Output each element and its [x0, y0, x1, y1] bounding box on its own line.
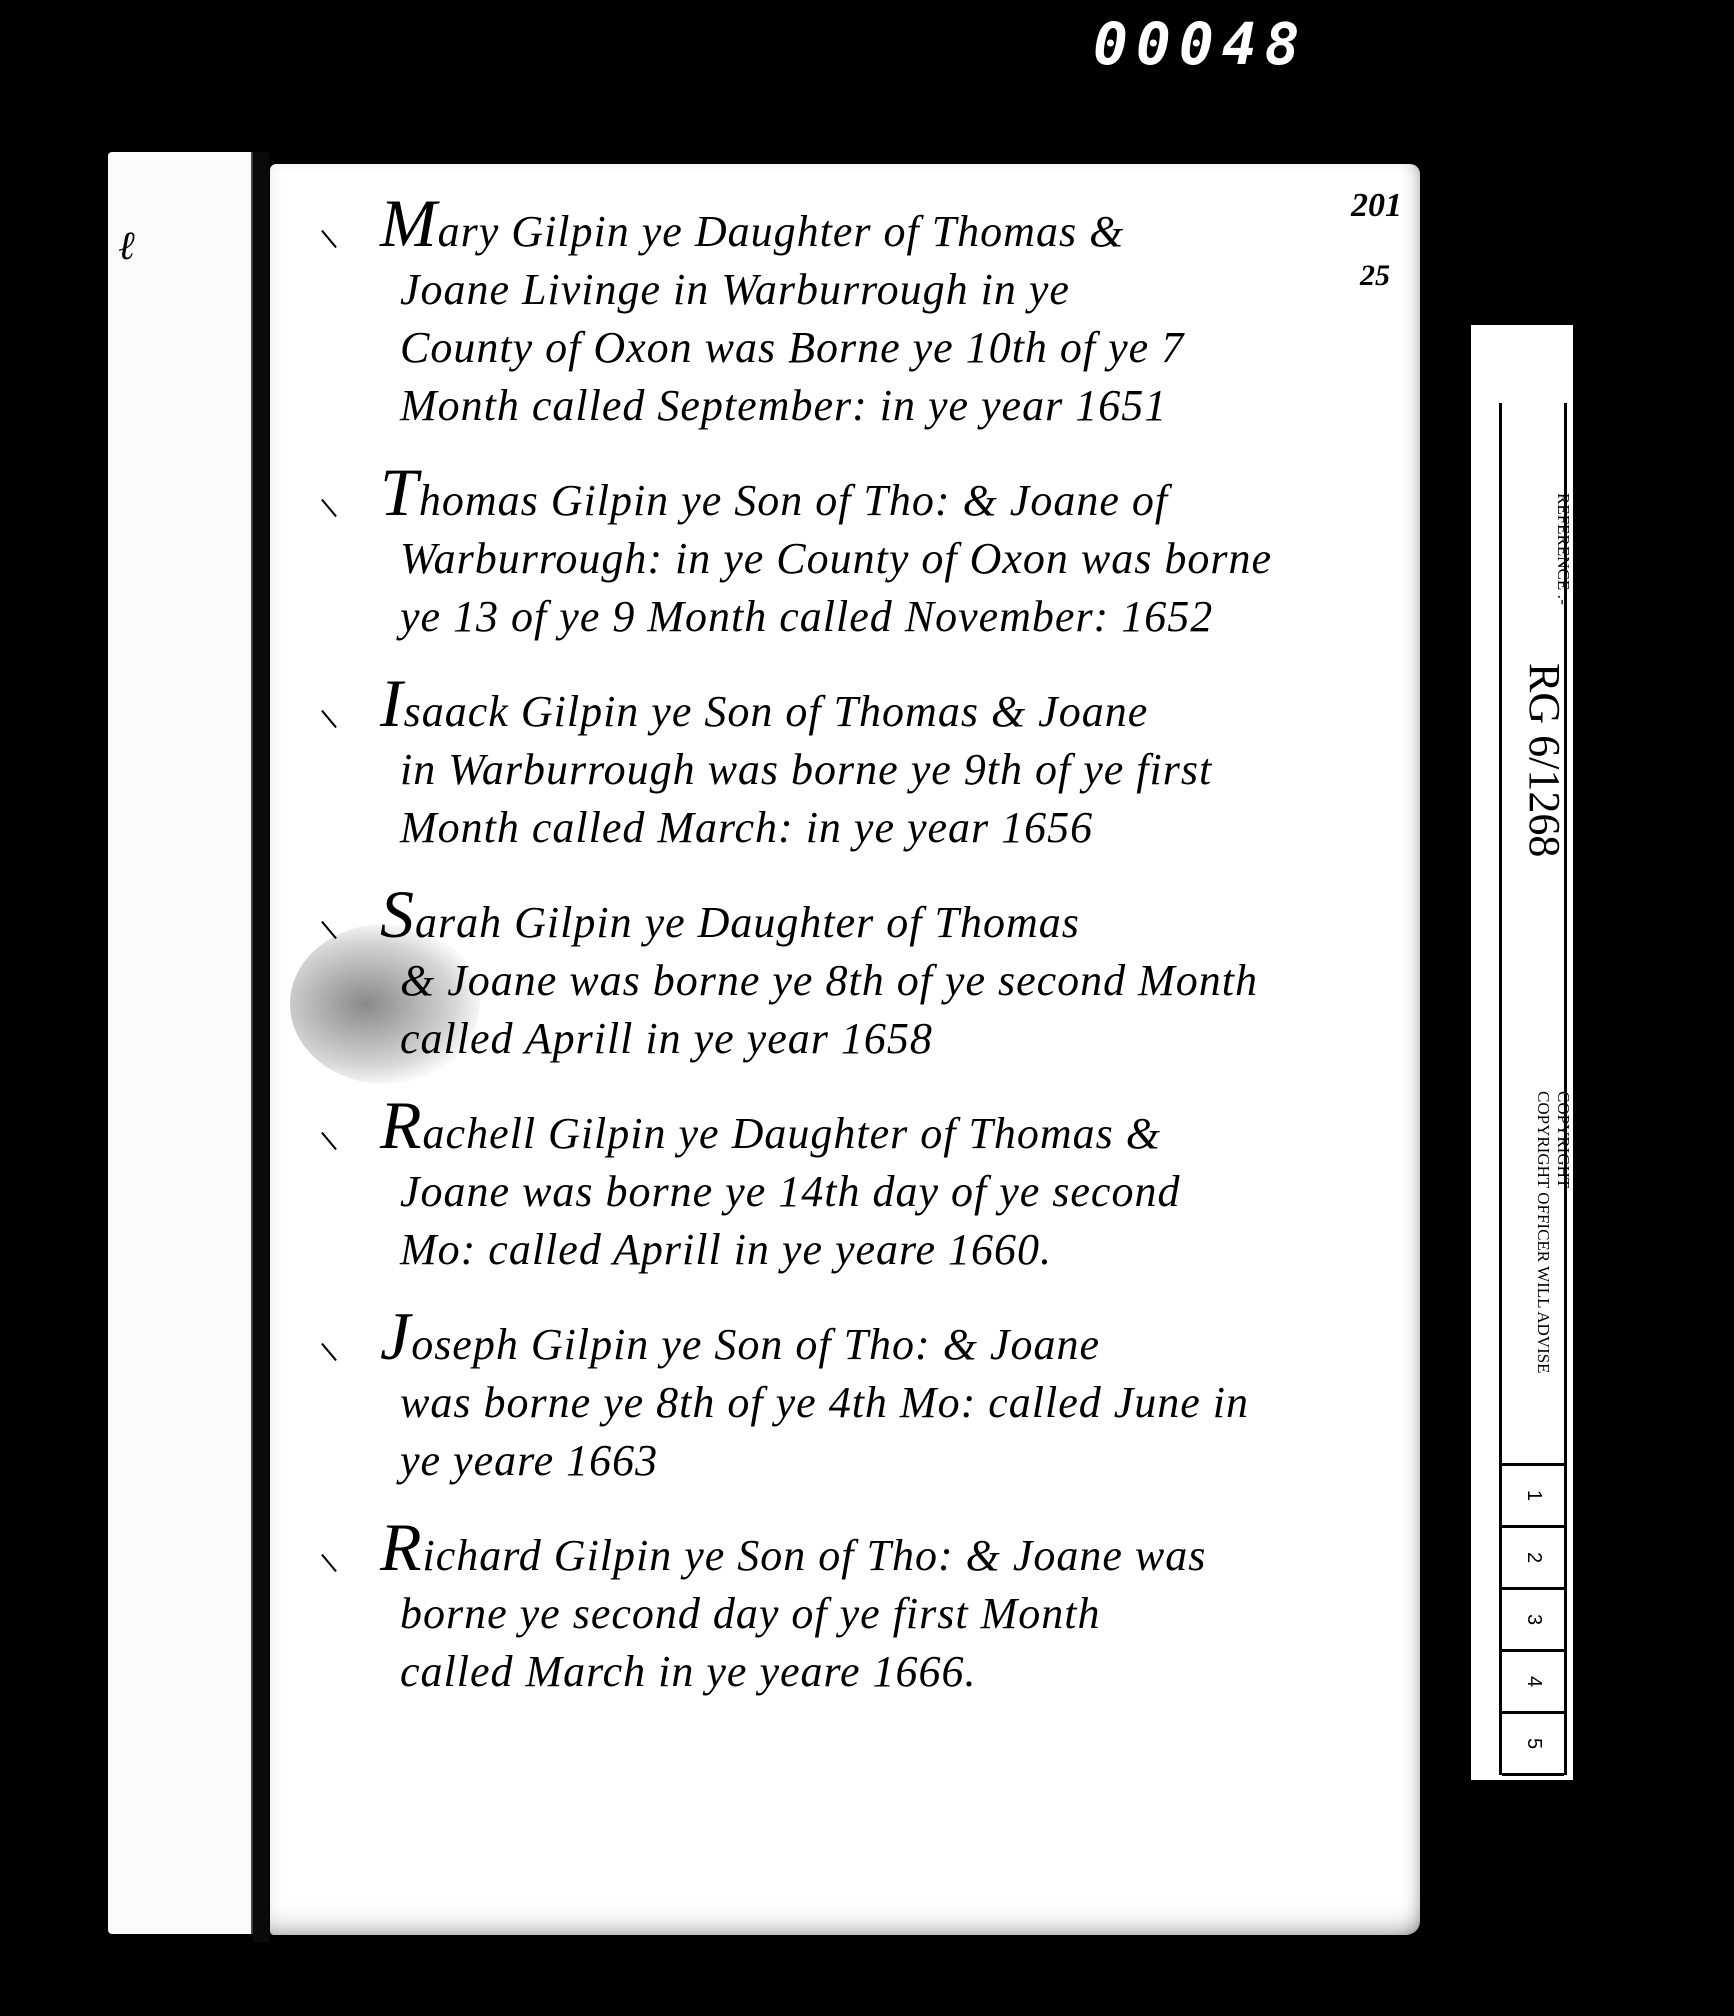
scale-mark: 6 — [1522, 1800, 1545, 1811]
entry-line: Joseph Gilpin ye Son of Tho: & Joane — [380, 1307, 1340, 1374]
entry-line: in Warburrough was borne ye 9th of ye fi… — [380, 741, 1340, 799]
register-entry: Thomas Gilpin ye Son of Tho: & Joane of … — [380, 463, 1340, 646]
entry-line: Sarah Gilpin ye Daughter of Thomas — [380, 885, 1340, 952]
scale-cell: 6 — [1502, 1773, 1564, 1835]
entry-line: County of Oxon was Borne ye 10th of ye 7 — [380, 319, 1340, 377]
entry-line: Mo: called Aprill in ye yeare 1660. — [380, 1221, 1340, 1279]
entry-line: called Aprill in ye year 1658 — [380, 1010, 1340, 1068]
entry-tick-mark — [321, 230, 337, 248]
frame-counter: 00048 — [1093, 14, 1333, 74]
copyright-line-3: COPYRIGHT OFFICER WILL ADVISE — [1533, 1091, 1553, 1374]
register-entry: Isaack Gilpin ye Son of Thomas & Joane i… — [380, 674, 1340, 857]
entry-line: called March in ye yeare 1666. — [380, 1643, 1340, 1701]
scale-mark: 4 — [1522, 1676, 1545, 1687]
entry-line: Mary Gilpin ye Daughter of Thomas & — [380, 194, 1340, 261]
entry-tick-mark — [321, 1343, 337, 1361]
entry-tick-mark — [321, 921, 337, 939]
entry-line: Month called March: in ye year 1656 — [380, 799, 1340, 857]
scale-mark: 1 — [1522, 1490, 1545, 1501]
scale-cell: 2 — [1502, 1525, 1564, 1587]
facing-page-strip: ℓ — [108, 152, 255, 1934]
entry-line: Richard Gilpin ye Son of Tho: & Joane wa… — [380, 1518, 1340, 1585]
folio-sub: 25 — [1351, 256, 1390, 295]
record-office-reference-label: PUBLIC RECORD OFFICE REFERENCE :- RG 6/1… — [1471, 325, 1573, 1780]
folio-main: 201 — [1351, 187, 1402, 224]
register-entry: Richard Gilpin ye Son of Tho: & Joane wa… — [380, 1518, 1340, 1701]
scale-cell: 4 — [1502, 1649, 1564, 1711]
scale-mark: 3 — [1522, 1614, 1545, 1625]
manuscript-page: 201 25 Mary Gilpin ye Daughter of Thomas… — [270, 164, 1420, 1935]
entry-tick-mark — [321, 1554, 337, 1572]
copyright-line-2: COPYRIGHT — [1553, 1091, 1573, 1374]
entry-line: was borne ye 8th of ye 4th Mo: called Ju… — [380, 1374, 1340, 1432]
entry-tick-mark — [321, 499, 337, 517]
margin-mark: ℓ — [118, 222, 135, 269]
scale-label: SCALE — [1572, 1413, 1582, 1443]
binding-gutter — [253, 152, 269, 1942]
entry-line: & Joane was borne ye 8th of ye second Mo… — [380, 952, 1340, 1010]
copyright-line-1: REPRODUCTION MAY INFRINGE — [1573, 1091, 1593, 1374]
copyright-notice: REPRODUCTION MAY INFRINGE COPYRIGHT COPY… — [1533, 1091, 1593, 1374]
scale-mark: 2 — [1522, 1552, 1545, 1563]
entry-line: Isaack Gilpin ye Son of Thomas & Joane — [380, 674, 1340, 741]
entry-line: Joane Livinge in Warburrough in ye — [380, 261, 1340, 319]
office-heading: PUBLIC RECORD OFFICE REFERENCE :- — [1553, 493, 1593, 689]
entry-tick-mark — [321, 1132, 337, 1150]
scale-cell-end — [1502, 1835, 1564, 1878]
scale-cell: 3 — [1502, 1587, 1564, 1649]
entry-line: borne ye second day of ye first Month — [380, 1585, 1340, 1643]
entry-line: ye 13 of ye 9 Month called November: 165… — [380, 588, 1340, 646]
register-entry: Sarah Gilpin ye Daughter of Thomas & Joa… — [380, 885, 1340, 1068]
entry-line: ye yeare 1663 — [380, 1432, 1340, 1490]
office-line-2: REFERENCE :- — [1553, 493, 1573, 689]
entry-line: Warburrough: in ye County of Oxon was bo… — [380, 530, 1340, 588]
register-entry: Mary Gilpin ye Daughter of Thomas & Joan… — [380, 194, 1340, 435]
scale-mark: 5 — [1522, 1738, 1545, 1749]
scale-cell: 5 — [1502, 1711, 1564, 1773]
entry-line: Joane was borne ye 14th day of ye second — [380, 1163, 1340, 1221]
folio-number: 201 25 — [1351, 184, 1402, 295]
entry-line: Thomas Gilpin ye Son of Tho: & Joane of — [380, 463, 1340, 530]
cm-scale-bar: 1 2 3 4 5 6 — [1502, 1463, 1564, 1878]
entry-line: Rachell Gilpin ye Daughter of Thomas & — [380, 1096, 1340, 1163]
entry-tick-mark — [321, 710, 337, 728]
reference-number: RG 6/1268 — [1522, 663, 1566, 857]
register-entry: Rachell Gilpin ye Daughter of Thomas & J… — [380, 1096, 1340, 1279]
register-entry: Joseph Gilpin ye Son of Tho: & Joane was… — [380, 1307, 1340, 1490]
entry-line: Month called September: in ye year 1651 — [380, 377, 1340, 435]
scale-cell: 1 — [1502, 1463, 1564, 1525]
cm-label: CM — [1582, 1413, 1592, 1443]
label-frame: PUBLIC RECORD OFFICE REFERENCE :- RG 6/1… — [1499, 403, 1567, 1775]
birth-register-entries: Mary Gilpin ye Daughter of Thomas & Joan… — [380, 194, 1340, 1729]
cm-scale-caption: CM SCALE — [1572, 1413, 1592, 1443]
office-line-1: PUBLIC RECORD OFFICE — [1573, 493, 1593, 689]
